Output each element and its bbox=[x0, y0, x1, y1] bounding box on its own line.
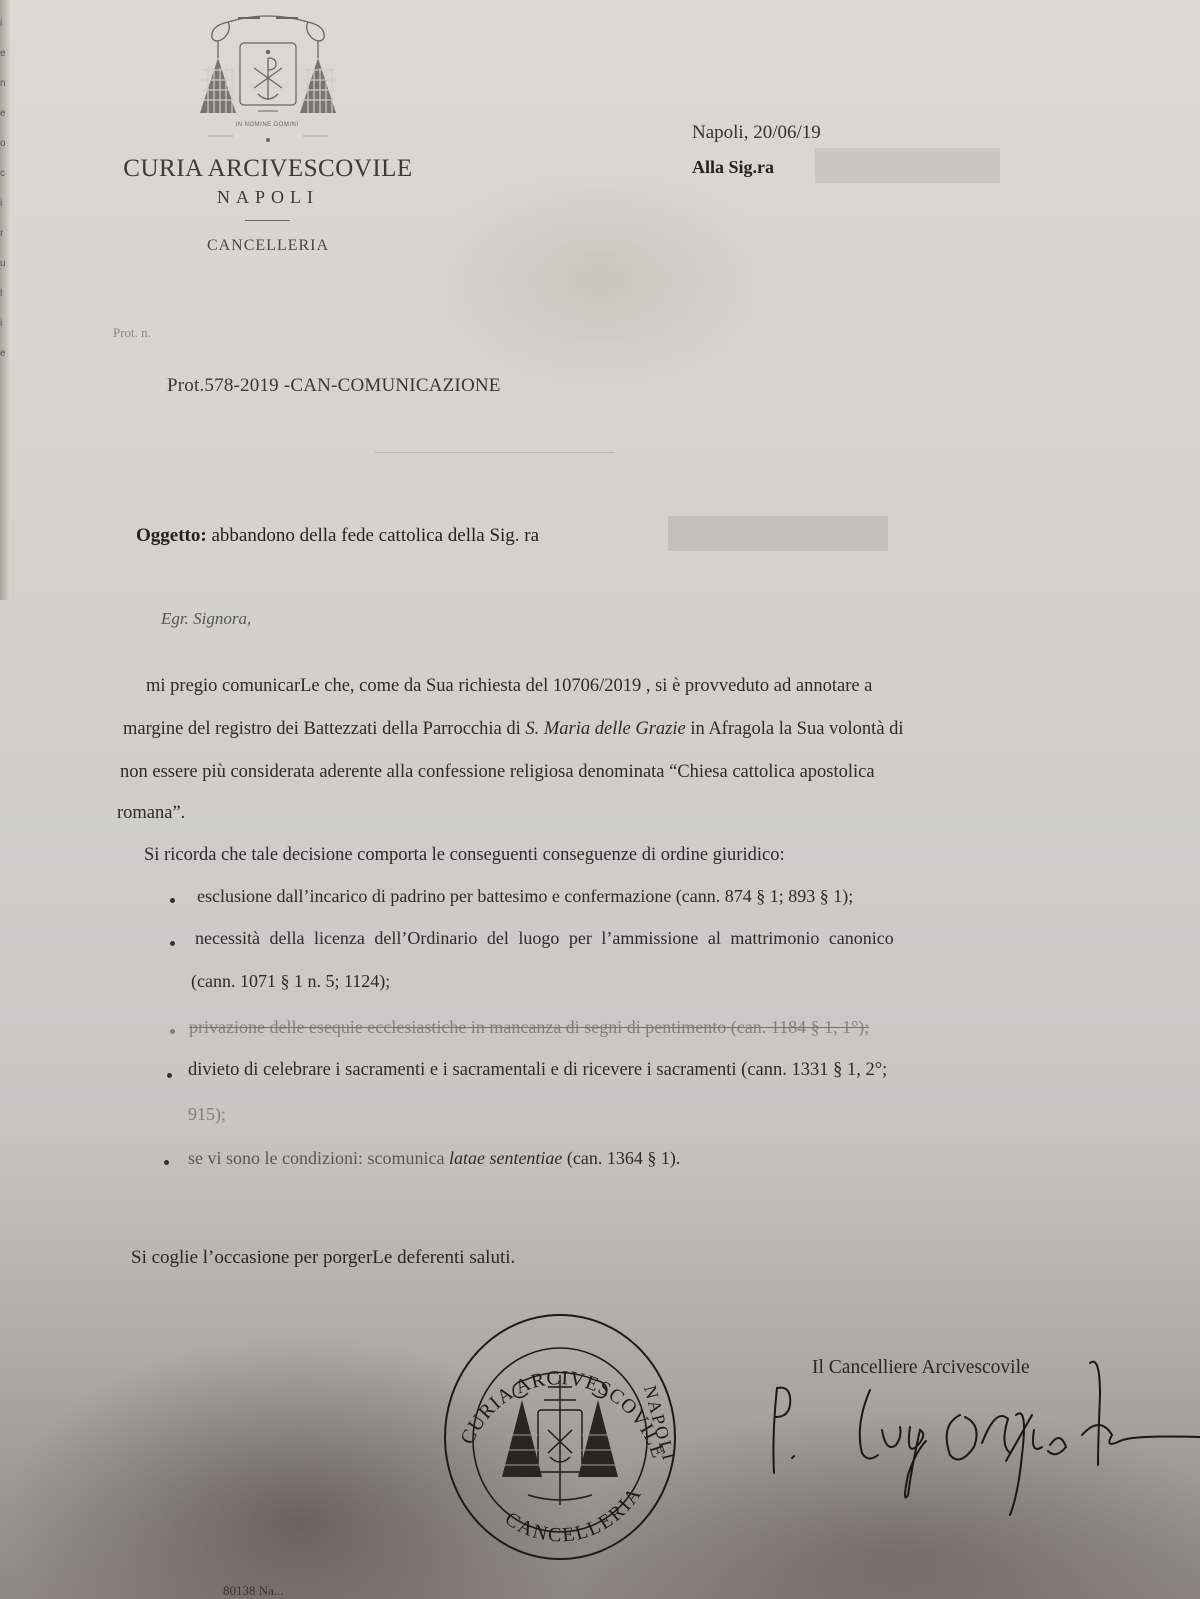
redacted-subject-name bbox=[668, 516, 888, 551]
subject-label: Oggetto: bbox=[136, 525, 207, 546]
consequence-item: divieto di celebrare i sacramenti e i sa… bbox=[188, 1060, 887, 1081]
adjacent-page-edge: ieneocirulie bbox=[0, 0, 10, 600]
protocol-label: Prot. n. bbox=[113, 325, 151, 341]
letterhead-motto: IN NOMINE DOMINI bbox=[222, 122, 312, 128]
body-line-2: margine del registro dei Battezzati dell… bbox=[123, 719, 904, 740]
consequence-item-cont: (cann. 1071 § 1 n. 5; 1124); bbox=[191, 971, 390, 992]
place-date: Napoli, 20/06/19 bbox=[692, 122, 821, 144]
consequence-item: se vi sono le condizioni: scomunica lata… bbox=[188, 1148, 680, 1169]
svg-text:CURIA ARCIVESCOVILE: CURIA ARCIVESCOVILE bbox=[456, 1367, 670, 1462]
bullet-icon bbox=[164, 1160, 169, 1165]
consequence-item: necessità della licenza dell’Ordinario d… bbox=[195, 928, 894, 949]
bullet-icon bbox=[170, 898, 175, 903]
consequence-item: esclusione dall’incarico di padrino per … bbox=[197, 886, 853, 907]
bullet-icon bbox=[170, 941, 175, 946]
consequence-item-cont: 915); bbox=[188, 1104, 226, 1125]
protocol-number: Prot.578-2019 -CAN-COMUNICAZIONE bbox=[167, 375, 501, 397]
letterhead-city: NAPOLI bbox=[118, 187, 418, 208]
closing-line: Si coglie l’occasione per porgerLe defer… bbox=[131, 1247, 515, 1269]
letterhead-divider bbox=[245, 220, 290, 221]
footer-address: 80138 Na... bbox=[223, 1583, 284, 1599]
letterhead-title: CURIA ARCIVESCOVILE bbox=[118, 155, 418, 183]
redacted-recipient-name bbox=[815, 148, 1000, 183]
letterhead-department: CANCELLERIA bbox=[118, 237, 418, 255]
bullet-icon bbox=[170, 1029, 175, 1034]
salutation: Egr. Signora, bbox=[161, 609, 251, 629]
body-line-1: mi pregio comunicarLe che, come da Sua r… bbox=[146, 676, 1106, 697]
consequence-item-faded: privazione delle esequie ecclesiastiche … bbox=[189, 1017, 869, 1038]
faint-divider bbox=[375, 452, 615, 453]
subject-line: Oggetto: abbandono della fede cattolica … bbox=[136, 525, 539, 547]
chancery-seal-stamp: CURIA ARCIVESCOVILE CANCELLERIA NAPOLI bbox=[440, 1305, 680, 1560]
consequences-intro: Si ricorda che tale decisione comporta l… bbox=[144, 845, 785, 866]
parish-name: S. Maria delle Grazie bbox=[525, 719, 685, 739]
body-line-4: romana”. bbox=[117, 803, 185, 824]
recipient-label: Alla Sig.ra bbox=[692, 157, 774, 178]
body-line-3: non essere più considerata aderente alla… bbox=[120, 762, 875, 783]
bullet-icon bbox=[167, 1073, 172, 1078]
handwritten-signature: P. Luigi Ortaglio bbox=[760, 1355, 1200, 1525]
subject-text: abbandono della fede cattolica della Sig… bbox=[207, 525, 539, 546]
